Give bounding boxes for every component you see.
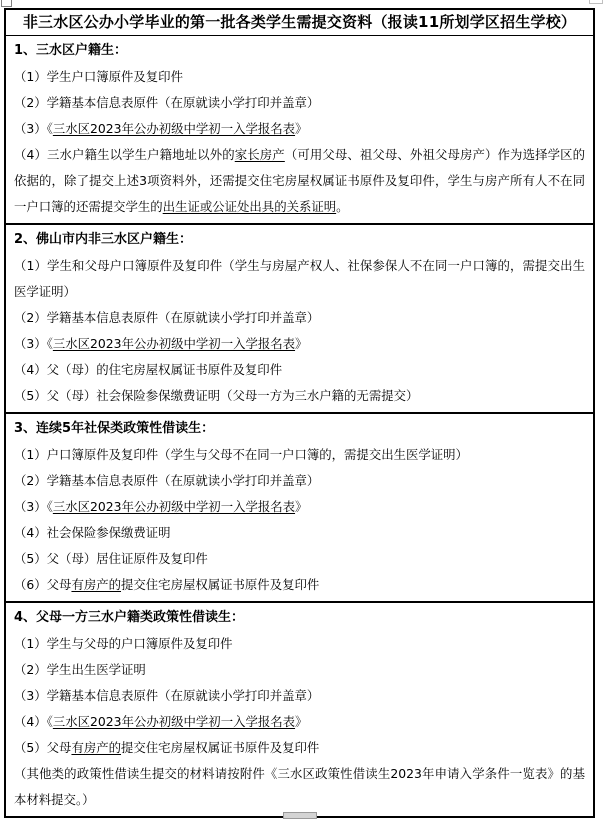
- requirement-item: （2）学籍基本信息表原件（在原就读小学打印并盖章）: [14, 90, 585, 116]
- text-run: （4）社会保险参保缴费证明: [14, 525, 171, 540]
- text-run: （3）《: [14, 336, 53, 351]
- text-run: （1）户口簿原件及复印件（学生与父母不在同一户口簿的，需提交出生医学证明）: [14, 447, 468, 462]
- requirement-item: （5）父（母）社会保险参保缴费证明（父母一方为三水户籍的无需提交）: [14, 383, 585, 409]
- requirement-item: （2）学籍基本信息表原件（在原就读小学打印并盖章）: [14, 305, 585, 331]
- document-title: 非三水区公办小学毕业的第一批各类学生需提交资料（报读11所划学区招生学校）: [6, 10, 593, 36]
- requirement-item: （5）父母有房产的提交住宅房屋权属证书原件及复印件: [14, 735, 585, 761]
- text-run: 》: [295, 121, 307, 136]
- text-run: （5）父母: [14, 740, 71, 755]
- requirement-item: （3）《三水区2023年公办初级中学初一入学报名表》: [14, 116, 585, 142]
- section-2: 2、佛山市内非三水区户籍生： （1）学生和父母户口簿原件及复印件（学生与房屋产权…: [6, 223, 593, 412]
- text-run: （2）学籍基本信息表原件（在原就读小学打印并盖章）: [14, 473, 319, 488]
- text-run: 》: [295, 714, 307, 729]
- text-run: （4）父（母）的住宅房屋权属证书原件及复印件: [14, 362, 282, 377]
- text-run: （1）学生与父母的户口簿原件及复印件: [14, 636, 233, 651]
- text-run: 提交住宅房屋权属证书原件及复印件: [121, 577, 319, 592]
- section-3: 3、连续5年社保类政策性借读生： （1）户口簿原件及复印件（学生与父母不在同一户…: [6, 412, 593, 601]
- requirement-item: （1）学生与父母的户口簿原件及复印件: [14, 631, 585, 657]
- text-run: （2）学籍基本信息表原件（在原就读小学打印并盖章）: [14, 310, 319, 325]
- underlined-text: 有房产的: [71, 577, 121, 592]
- text-run: 》: [295, 336, 307, 351]
- requirement-item: （3）学籍基本信息表原件（在原就读小学打印并盖章）: [14, 683, 585, 709]
- other-categories-note: （其他类的政策性借读生提交的材料请按附件《三水区政策性借读生2023年申请入学条…: [14, 761, 585, 813]
- text-run: （5）父（母）社会保险参保缴费证明（父母一方为三水户籍的无需提交）: [14, 388, 418, 403]
- underlined-text: 三水区2023年公办初级中学初一入学报名表: [53, 714, 295, 729]
- requirement-item: （5）父（母）居住证原件及复印件: [14, 546, 585, 572]
- document-table: 非三水区公办小学毕业的第一批各类学生需提交资料（报读11所划学区招生学校） 1、…: [4, 8, 595, 818]
- section-1: 1、三水区户籍生： （1）学生户口簿原件及复印件 （2）学籍基本信息表原件（在原…: [6, 36, 593, 223]
- table-corner-artifact: [589, 0, 603, 4]
- text-run: （5）父（母）居住证原件及复印件: [14, 551, 208, 566]
- requirement-item: （3）《三水区2023年公办初级中学初一入学报名表》: [14, 331, 585, 357]
- text-run: （3）《: [14, 121, 53, 136]
- requirement-item: （1）学生户口簿原件及复印件: [14, 64, 585, 90]
- requirement-item: （1）学生和父母户口簿原件及复印件（学生与房屋产权人、社保参保人不在同一户口簿的…: [14, 253, 585, 305]
- text-run: （1）学生户口簿原件及复印件: [14, 69, 183, 84]
- underlined-text: 有房产的: [71, 740, 121, 755]
- text-run: 》: [295, 499, 307, 514]
- requirement-item: （6）父母有房产的提交住宅房屋权属证书原件及复印件: [14, 572, 585, 598]
- underlined-text: 三水区2023年公办初级中学初一入学报名表: [53, 499, 295, 514]
- section-1-header: 1、三水区户籍生：: [14, 38, 585, 64]
- table-resize-handle[interactable]: [283, 812, 317, 819]
- section-2-header: 2、佛山市内非三水区户籍生：: [14, 227, 585, 253]
- table-move-handle[interactable]: [1, 0, 12, 7]
- requirement-item: （4）父（母）的住宅房屋权属证书原件及复印件: [14, 357, 585, 383]
- underlined-text: 出生证或公证处出具的关系证明: [163, 199, 336, 214]
- page: 非三水区公办小学毕业的第一批各类学生需提交资料（报读11所划学区招生学校） 1、…: [0, 0, 603, 819]
- text-run: （1）学生和父母户口簿原件及复印件（学生与房屋产权人、社保参保人不在同一户口簿的…: [14, 258, 585, 299]
- text-run: （2）学生出生医学证明: [14, 662, 146, 677]
- requirement-item: （4）《三水区2023年公办初级中学初一入学报名表》: [14, 709, 585, 735]
- text-run: 提交住宅房屋权属证书原件及复印件: [121, 740, 319, 755]
- requirement-item: （2）学籍基本信息表原件（在原就读小学打印并盖章）: [14, 468, 585, 494]
- requirement-item: （4）社会保险参保缴费证明: [14, 520, 585, 546]
- text-run: （2）学籍基本信息表原件（在原就读小学打印并盖章）: [14, 95, 319, 110]
- text-run: （3）学籍基本信息表原件（在原就读小学打印并盖章）: [14, 688, 319, 703]
- text-run: 。: [336, 199, 348, 214]
- section-3-header: 3、连续5年社保类政策性借读生：: [14, 416, 585, 442]
- text-run: （4）三水户籍生以学生户籍地址以外的: [14, 147, 235, 162]
- requirement-item: （3）《三水区2023年公办初级中学初一入学报名表》: [14, 494, 585, 520]
- underlined-text: 家长房产: [235, 147, 285, 162]
- underlined-text: 三水区2023年公办初级中学初一入学报名表: [53, 336, 295, 351]
- underlined-text: 三水区2023年公办初级中学初一入学报名表: [53, 121, 295, 136]
- section-4: 4、父母一方三水户籍类政策性借读生： （1）学生与父母的户口簿原件及复印件 （2…: [6, 601, 593, 816]
- requirement-item: （1）户口簿原件及复印件（学生与父母不在同一户口簿的，需提交出生医学证明）: [14, 442, 585, 468]
- text-run: （4）《: [14, 714, 53, 729]
- text-run: （6）父母: [14, 577, 71, 592]
- requirement-item: （2）学生出生医学证明: [14, 657, 585, 683]
- text-run: （3）《: [14, 499, 53, 514]
- requirement-item: （4）三水户籍生以学生户籍地址以外的家长房产（可用父母、祖父母、外祖父母房产）作…: [14, 142, 585, 220]
- section-4-header: 4、父母一方三水户籍类政策性借读生：: [14, 605, 585, 631]
